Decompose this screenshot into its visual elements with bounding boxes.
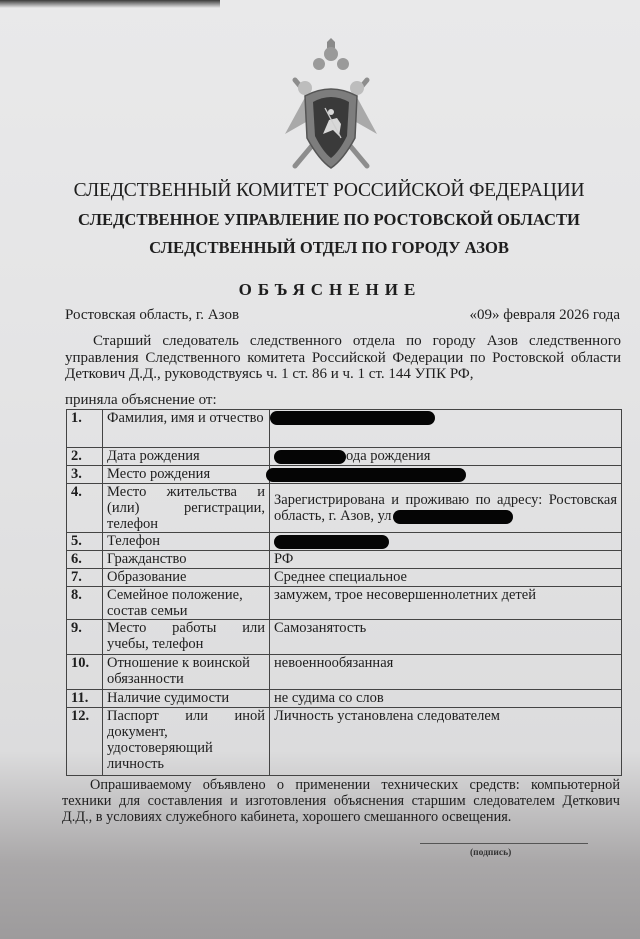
row-value-text: ода рождения [346, 448, 430, 464]
intro-last-line: приняла объяснение от: [65, 392, 217, 409]
row-label: Место работы или учебы, телефон [103, 620, 270, 655]
row-label: Паспорт или иной документ, удостоверяющи… [103, 708, 270, 776]
header-line-2: СЛЕДСТВЕННОЕ УПРАВЛЕНИЕ ПО РОСТОВСКОЙ ОБ… [0, 210, 640, 230]
row-number: 11. [67, 690, 103, 708]
row-number: 1. [67, 410, 103, 448]
row-label: Образование [103, 569, 270, 587]
row-number: 12. [67, 708, 103, 776]
table-row: 1. Фамилия, имя и отчество [67, 410, 622, 448]
row-label: Фамилия, имя и отчество [103, 410, 270, 448]
table-row: 7. Образование Среднее специальное [67, 569, 622, 587]
row-value: РФ [270, 551, 622, 569]
table-row: 9. Место работы или учебы, телефон Самоз… [67, 620, 622, 655]
row-label: Телефон [103, 533, 270, 551]
row-number: 8. [67, 587, 103, 620]
document-place: Ростовская область, г. Азов [65, 307, 239, 324]
redaction-mark [266, 468, 466, 482]
table-row: 12. Паспорт или иной документ, удостовер… [67, 708, 622, 776]
signature-line [420, 843, 588, 844]
row-value [270, 466, 622, 484]
row-label: Место жительства и (или) регистрации, те… [103, 484, 270, 533]
row-value: Среднее специальное [270, 569, 622, 587]
row-value: Зарегистрирована и проживаю по адресу: Р… [270, 484, 622, 533]
row-number: 10. [67, 655, 103, 690]
document-date: «09» февраля 2026 года [469, 307, 620, 324]
row-value [270, 410, 622, 448]
row-number: 7. [67, 569, 103, 587]
table-row: 11. Наличие судимости не судима со слов [67, 690, 622, 708]
header-line-1: СЛЕДСТВЕННЫЙ КОМИТЕТ РОССИЙСКОЙ ФЕДЕРАЦИ… [0, 180, 640, 202]
row-label: Отношение к воинской обязанности [103, 655, 270, 690]
intro-paragraph: Старший следователь следственного отдела… [65, 333, 621, 383]
row-label: Гражданство [103, 551, 270, 569]
row-number: 9. [67, 620, 103, 655]
row-label: Место рождения [103, 466, 270, 484]
table-row: 2. Дата рождения ода рождения [67, 448, 622, 466]
table-row: 8. Семейное положение, состав семьи заму… [67, 587, 622, 620]
row-value: ода рождения [270, 448, 622, 466]
table-row: 5. Телефон [67, 533, 622, 551]
row-number: 2. [67, 448, 103, 466]
signature-caption: (подпись) [470, 848, 511, 858]
row-value: не судима со слов [270, 690, 622, 708]
row-number: 5. [67, 533, 103, 551]
table-row: 10. Отношение к воинской обязанности нев… [67, 655, 622, 690]
redaction-mark [274, 450, 346, 464]
row-value: Самозанятость [270, 620, 622, 655]
row-label: Дата рождения [103, 448, 270, 466]
redaction-mark [393, 510, 513, 524]
redaction-mark [274, 535, 389, 549]
table-row: 3. Место рождения [67, 466, 622, 484]
row-number: 3. [67, 466, 103, 484]
row-value: невоеннообязанная [270, 655, 622, 690]
header-line-3: СЛЕДСТВЕННЫЙ ОТДЕЛ ПО ГОРОДУ АЗОВ [0, 238, 640, 258]
row-value [270, 533, 622, 551]
row-value: Личность установлена следователем [270, 708, 622, 776]
row-label: Наличие судимости [103, 690, 270, 708]
row-number: 4. [67, 484, 103, 533]
table-row: 6. Гражданство РФ [67, 551, 622, 569]
document-title: ОБЪЯСНЕНИЕ [0, 280, 640, 300]
photo-edge-shadow [0, 0, 220, 8]
personal-data-table: 1. Фамилия, имя и отчество 2. Дата рожде… [66, 409, 622, 776]
row-number: 6. [67, 551, 103, 569]
investigative-committee-emblem-icon [283, 38, 379, 170]
closing-paragraph: Опрашиваемому объявлено о применении тех… [62, 777, 620, 825]
table-row: 4. Место жительства и (или) регистрации,… [67, 484, 622, 533]
redaction-mark [270, 411, 435, 425]
row-value: замужем, трое несовершеннолетних детей [270, 587, 622, 620]
row-label: Семейное положение, состав семьи [103, 587, 270, 620]
